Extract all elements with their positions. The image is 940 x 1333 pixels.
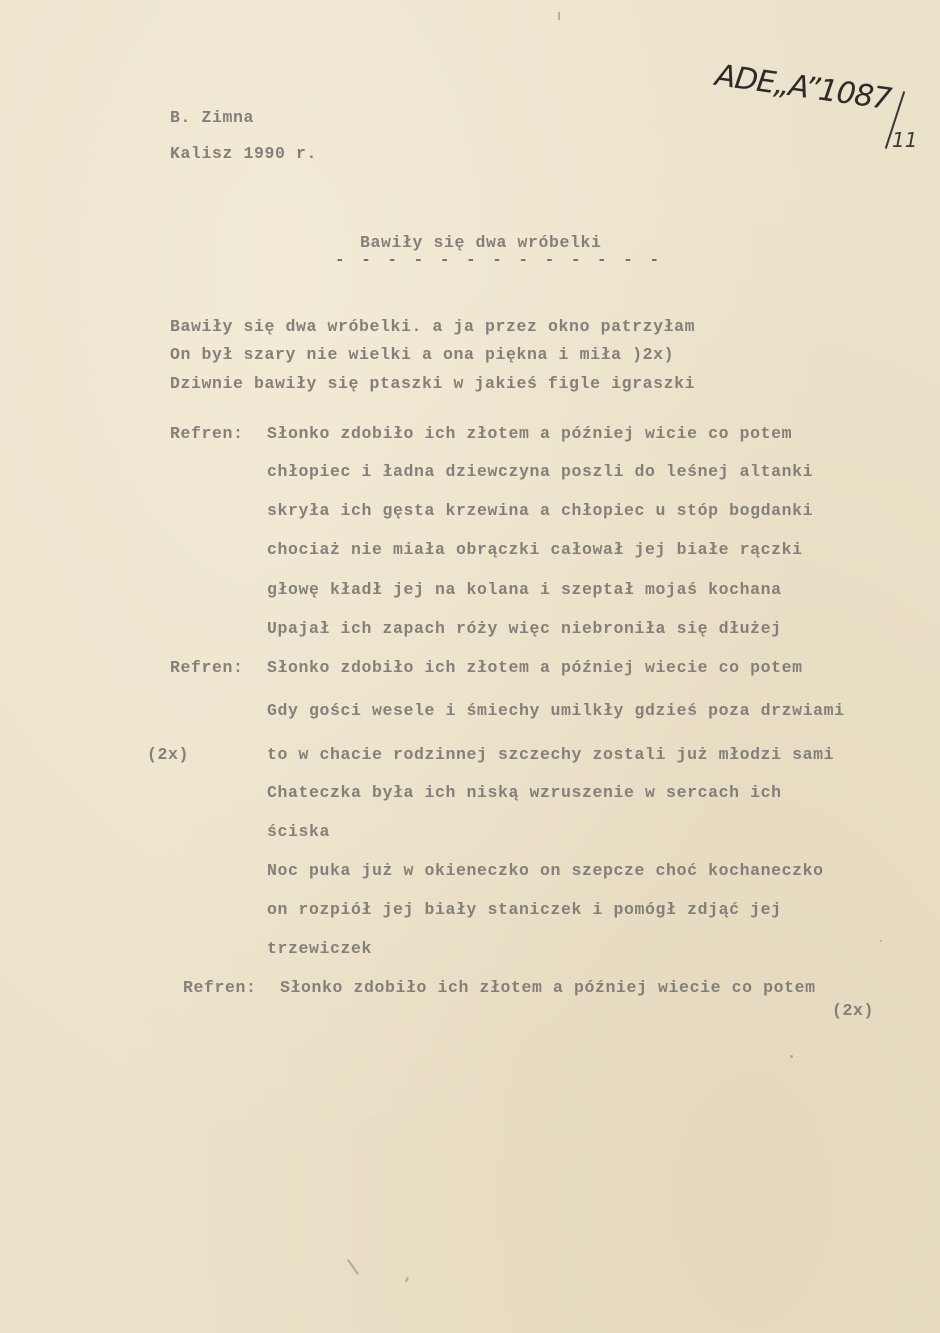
refrain-label: Refren: [170,424,244,444]
refrain-line: on rozpiół jej biały staniczek i pomógł … [267,900,782,920]
refrain-line: Słonko zdobiło ich złotem a później wiec… [280,978,816,998]
refrain-line: skryła ich gęsta krzewina a chłopiec u s… [267,501,813,521]
stanza-line: Bawiły się dwa wróbelki. a ja przez okno… [170,317,695,337]
paper-page: ADE„A”1087 11 B. Zimna Kalisz 1990 r. Ba… [0,0,940,1333]
paper-mark [558,12,560,20]
paper-mark [405,1277,409,1282]
refrain-line: Gdy gości wesele i śmiechy umilkły gdzie… [267,701,845,721]
refrain-label: Refren: [183,978,257,998]
repeat-marker: (2x) [147,745,189,765]
archive-mark-code: ADE„A”1087 [713,58,893,117]
refrain-line: chociaż nie miała obrączki całował jej b… [267,540,803,560]
refrain-line: Słonko zdobiło ich złotem a później wiec… [267,658,803,678]
stanza-line: Dziwnie bawiły się ptaszki w jakieś figl… [170,374,695,394]
refrain-line: chłopiec i ładna dziewczyna poszli do le… [267,462,813,482]
repeat-marker: (2x) [832,1001,874,1021]
refrain-line: to w chacie rodzinnej szczechy zostali j… [267,745,834,765]
song-title: Bawiły się dwa wróbelki [360,233,602,253]
archive-mark-sheet: 11 [892,128,917,152]
title-underline: - - - - - - - - - - - - - [335,251,663,269]
paper-mark [347,1259,359,1275]
paper-mark [790,1055,793,1058]
refrain-line: ściska [267,822,330,842]
refrain-line: Noc puka już w okieneczko on szepcze cho… [267,861,824,881]
refrain-line: głowę kładł jej na kolana i szeptał moja… [267,580,782,600]
refrain-label: Refren: [170,658,244,678]
paper-mark [880,940,882,942]
refrain-line: trzewiczek [267,939,372,959]
stanza-line: On był szary nie wielki a ona piękna i m… [170,345,674,365]
refrain-line: Słonko zdobiło ich złotem a później wici… [267,424,792,444]
author-name: B. Zimna [170,108,254,128]
refrain-line: Upajał ich zapach róży więc niebroniła s… [267,619,782,639]
refrain-line: Chateczka była ich niską wzruszenie w se… [267,783,782,803]
place-date: Kalisz 1990 r. [170,144,317,164]
